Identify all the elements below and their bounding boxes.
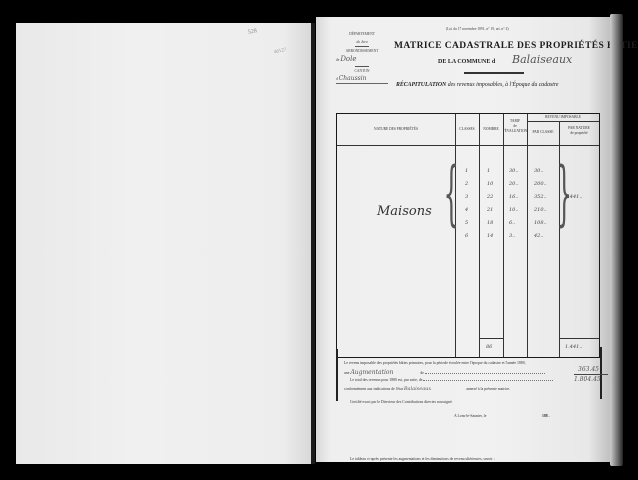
row-5-nombre: 18 xyxy=(487,220,493,226)
footer-total-text: Le total des revenus pour 1880 est, par … xyxy=(350,378,422,382)
header-par-classe: PAR CLASSE xyxy=(527,130,559,135)
header-revenu-group: REVENU IMPOSABLE xyxy=(527,115,599,120)
department-block: DÉPARTEMENT du Jura ARRONDISSEMENT de Do… xyxy=(336,30,388,84)
row-5-classe: 5 xyxy=(465,220,468,226)
dotted-leader xyxy=(423,380,553,381)
canton-row: d Chaussin xyxy=(336,75,388,84)
total-revenu-box: 1.441.. xyxy=(559,338,599,356)
department-label: DÉPARTEMENT xyxy=(336,30,388,38)
department-value: du Jura xyxy=(336,38,388,46)
footer-left-border xyxy=(336,349,338,401)
footer-augmentation-handwritten: Augmentation xyxy=(350,369,393,376)
footer-line-3: conformément aux indications de l'état B… xyxy=(344,386,510,392)
footer-annexe: annexé à la présente matrice. xyxy=(466,387,510,391)
dotted-leader xyxy=(425,373,545,374)
footer-line-1b: une Augmentation de xyxy=(344,369,545,376)
row-2-revenu: 200.. xyxy=(534,181,547,187)
footer-place-date: A Lons-le-Saunier, le xyxy=(454,414,486,418)
left-brace: { xyxy=(443,152,459,234)
row-3-tarif: 16.. xyxy=(509,194,519,200)
row-3-classe: 3 xyxy=(465,194,468,200)
arrondissement-prefix: de xyxy=(336,58,339,62)
row-4-tarif: 10.. xyxy=(509,207,519,213)
recap-rest: des revenus imposables, à l'Époque du ca… xyxy=(446,82,558,88)
arrondissement-value: Dole xyxy=(340,55,356,63)
row-5-tarif: 6.. xyxy=(509,220,515,226)
law-reference: (Loi du 17 novembre 1891, n° 19, art. n°… xyxy=(446,27,509,31)
commune-label: DE LA COMMUNE d xyxy=(438,59,495,65)
canton-value: Chaussin xyxy=(339,75,367,82)
row-6-nombre: 14 xyxy=(487,233,493,239)
row-4-revenu: 210.. xyxy=(534,207,547,213)
footer-augmentation-value: 363.45 xyxy=(578,366,599,373)
header-tarif-3: l'ÉVALUATION xyxy=(503,129,527,134)
arrondissement-label: ARRONDISSEMENT xyxy=(336,47,388,55)
row-1-classe: 1 xyxy=(465,168,468,174)
left-page-blank: 528 4d127 xyxy=(16,23,312,464)
recap-heading: RÉCAPITULATION des revenus imposables, à… xyxy=(396,82,558,88)
header-tarif: TARIF de l'ÉVALUATION xyxy=(503,119,527,134)
footer-une: une xyxy=(344,371,349,375)
arrondissement-row: de Dole xyxy=(336,55,388,64)
row-1-revenu: 30.. xyxy=(534,168,544,174)
row-3-revenu: 352.. xyxy=(534,194,547,200)
total-nombre: 86 xyxy=(486,344,492,350)
footer-year: 188 . xyxy=(542,414,550,418)
header-par-nature-2: de propriété xyxy=(559,131,599,136)
footer-conformement: conformément aux indications de l'état xyxy=(344,387,403,391)
nature-total-revenu: 1.441.. xyxy=(565,194,583,200)
right-page-document: (Loi du 17 novembre 1891, n° 19, art. n°… xyxy=(316,17,612,462)
row-1-nombre: 1 xyxy=(487,168,490,174)
footer-right-border xyxy=(600,347,602,399)
row-1-tarif: 30.. xyxy=(509,168,519,174)
header-classes: CLASSES xyxy=(455,127,479,132)
footer-line-2: Le total des revenus pour 1880 est, par … xyxy=(350,378,553,382)
header-nombre: NOMBRE xyxy=(479,127,503,132)
row-6-classe: 6 xyxy=(465,233,468,239)
row-2-nombre: 10 xyxy=(487,181,493,187)
col-divider xyxy=(455,114,456,357)
left-page-pencil-mark: 528 xyxy=(248,28,258,35)
title-ornament-rule xyxy=(464,72,524,74)
canton-label: CANTON xyxy=(336,67,388,75)
book-spine xyxy=(311,23,315,464)
col-divider xyxy=(479,114,480,357)
document-title: MATRICE CADASTRALE DES PROPRIÉTÉS BATIES xyxy=(394,41,638,51)
row-3-nombre: 22 xyxy=(487,194,493,200)
commune-name-handwritten: Balaiseaux xyxy=(512,53,572,66)
row-6-tarif: 3.. xyxy=(509,233,515,239)
sum-rule xyxy=(574,374,608,375)
header-par-nature: PAR NATURE de propriété xyxy=(559,126,599,136)
recap-table: NATURE DES PROPRIÉTÉS CLASSES NOMBRE TAR… xyxy=(336,113,600,358)
footer-de: de xyxy=(420,371,424,375)
col-divider xyxy=(503,114,504,357)
footer-line-1: Le revenu imposable des propriétés bâtie… xyxy=(344,361,570,365)
canton-prefix: d xyxy=(336,77,338,81)
page-stack-edge xyxy=(610,14,623,466)
col-divider xyxy=(559,121,560,145)
header-sub-divider xyxy=(527,121,599,122)
row-6-revenu: 42.. xyxy=(534,233,544,239)
row-4-nombre: 21 xyxy=(487,207,493,213)
footer-certified: Certifié exact par le Directeur des Cont… xyxy=(350,400,453,404)
table-header: NATURE DES PROPRIÉTÉS CLASSES NOMBRE TAR… xyxy=(337,114,599,146)
nature-maisons: Maisons xyxy=(377,204,432,219)
total-nombre-box: 86 xyxy=(479,338,503,356)
footer-etat-handwritten: Balaiseaux xyxy=(404,386,431,392)
row-2-classe: 2 xyxy=(465,181,468,187)
col-divider xyxy=(527,114,528,357)
row-2-tarif: 20.. xyxy=(509,181,519,187)
row-4-classe: 4 xyxy=(465,207,468,213)
footer-bottom-note: Le tableau ci-après présente les augment… xyxy=(350,457,495,461)
footer-total-value: 1.804.45 xyxy=(574,376,601,383)
total-revenu: 1.441.. xyxy=(565,344,583,350)
right-brace: } xyxy=(556,152,572,234)
row-5-revenu: 108.. xyxy=(534,220,547,226)
header-nature: NATURE DES PROPRIÉTÉS xyxy=(337,127,455,132)
left-page-pencil-mark-2: 4d127 xyxy=(274,48,287,55)
recap-bold: RÉCAPITULATION xyxy=(396,82,446,88)
